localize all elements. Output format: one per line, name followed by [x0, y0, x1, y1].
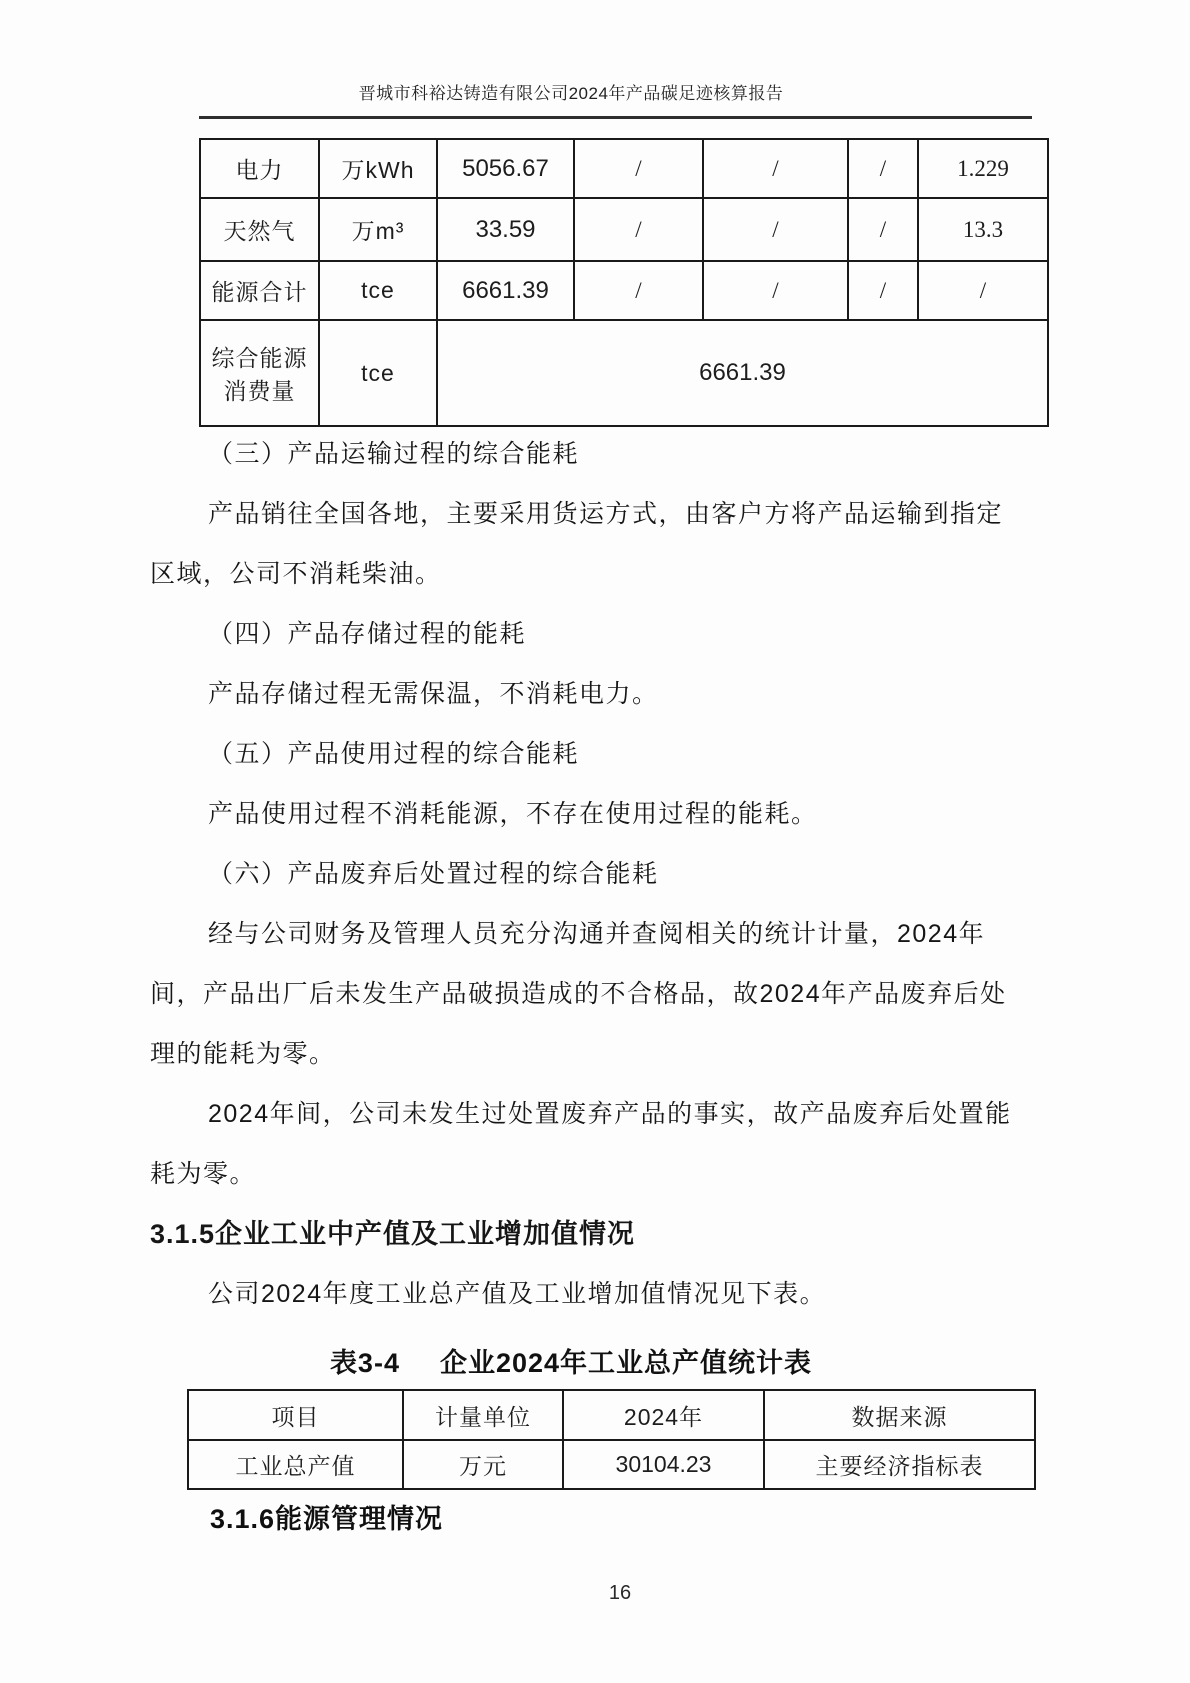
header-cell-source: 数据来源 — [764, 1390, 1035, 1440]
page-header-title: 晋城市科裕达铸造有限公司2024年产品碳足迹核算报告 — [150, 80, 992, 108]
para-line: 产品存储过程无需保温，不消耗电力。 — [150, 664, 1050, 724]
cell-total-col6: / — [848, 261, 918, 320]
cell-total-unit: tce — [319, 261, 437, 320]
cell-electricity-value: 5056.67 — [437, 139, 574, 198]
output-table-header-row: 项目 计量单位 2024年 数据来源 — [188, 1390, 1035, 1440]
cell-electricity-name: 电力 — [200, 139, 319, 198]
table-3-4-caption-title: 企业2024年工业总产值统计表 — [440, 1348, 812, 1378]
section-heading-3-1-6: 3.1.6能源管理情况 — [150, 1498, 1052, 1540]
cell-output-unit: 万元 — [403, 1440, 563, 1489]
page-number: 16 — [0, 1582, 1190, 1605]
para-line: 公司2024年度工业总产值及工业增加值情况见下表。 — [150, 1264, 1050, 1324]
cell-gas-factor: 13.3 — [918, 198, 1048, 261]
table-3-4-caption: 表3-4企业2024年工业总产值统计表 — [150, 1340, 992, 1386]
output-value-table: 项目 计量单位 2024年 数据来源 工业总产值 万元 30104.23 主要经… — [187, 1389, 1036, 1490]
energy-row-comprehensive: 综合能源消费量 tce 6661.39 — [200, 320, 1048, 426]
cell-total-value: 6661.39 — [437, 261, 574, 320]
cell-gas-col4: / — [574, 198, 703, 261]
para-line: 理的能耗为零。 — [150, 1024, 1050, 1084]
output-table-data-row: 工业总产值 万元 30104.23 主要经济指标表 — [188, 1440, 1035, 1489]
cell-electricity-col5: / — [703, 139, 848, 198]
cell-comprehensive-value: 6661.39 — [437, 320, 1048, 426]
cell-gas-value: 33.59 — [437, 198, 574, 261]
energy-row-total: 能源合计 tce 6661.39 / / / / — [200, 261, 1048, 320]
para-line: 间，产品出厂后未发生产品破损造成的不合格品，故2024年产品废弃后处 — [150, 964, 1050, 1024]
para-heading-5: （五）产品使用过程的综合能耗 — [150, 724, 1050, 784]
cell-electricity-col4: / — [574, 139, 703, 198]
para-heading-4: （四）产品存储过程的能耗 — [150, 604, 1050, 664]
cell-total-col4: / — [574, 261, 703, 320]
para-line: 产品销往全国各地，主要采用货运方式，由客户方将产品运输到指定 — [150, 484, 1050, 544]
cell-comprehensive-name: 综合能源消费量 — [200, 320, 319, 426]
para-line: 耗为零。 — [150, 1144, 1050, 1204]
cell-output-source: 主要经济指标表 — [764, 1440, 1035, 1489]
energy-row-natural-gas: 天然气 万m³ 33.59 / / / 13.3 — [200, 198, 1048, 261]
cell-output-name: 工业总产值 — [188, 1440, 403, 1489]
cell-total-col7: / — [918, 261, 1048, 320]
cell-total-col5: / — [703, 261, 848, 320]
section-heading-3-1-5: 3.1.5企业工业中产值及工业增加值情况 — [150, 1204, 1050, 1264]
cell-electricity-factor: 1.229 — [918, 139, 1048, 198]
header-rule — [199, 116, 1032, 119]
para-line: 产品使用过程不消耗能源，不存在使用过程的能耗。 — [150, 784, 1050, 844]
cell-comprehensive-unit: tce — [319, 320, 437, 426]
energy-row-electricity: 电力 万kWh 5056.67 / / / 1.229 — [200, 139, 1048, 198]
cell-gas-unit: 万m³ — [319, 198, 437, 261]
cell-gas-name: 天然气 — [200, 198, 319, 261]
para-line: 经与公司财务及管理人员充分沟通并查阅相关的统计计量，2024年 — [150, 904, 1050, 964]
para-line: 区域，公司不消耗柴油。 — [150, 544, 1050, 604]
cell-electricity-unit: 万kWh — [319, 139, 437, 198]
table-3-4-caption-label: 表3-4 — [330, 1348, 400, 1378]
cell-total-name: 能源合计 — [200, 261, 319, 320]
header-cell-year: 2024年 — [563, 1390, 764, 1440]
cell-gas-col5: / — [703, 198, 848, 261]
cell-electricity-col6: / — [848, 139, 918, 198]
para-line: 2024年间，公司未发生过处置废弃产品的事实，故产品废弃后处置能 — [150, 1084, 1050, 1144]
energy-consumption-table: 电力 万kWh 5056.67 / / / 1.229 天然气 万m³ 33.5… — [199, 138, 1049, 427]
header-cell-item: 项目 — [188, 1390, 403, 1440]
cell-output-value: 30104.23 — [563, 1440, 764, 1489]
para-heading-6: （六）产品废弃后处置过程的综合能耗 — [150, 844, 1050, 904]
para-heading-3: （三）产品运输过程的综合能耗 — [150, 424, 1050, 484]
cell-gas-col6: / — [848, 198, 918, 261]
body-text: （三）产品运输过程的综合能耗 产品销往全国各地，主要采用货运方式，由客户方将产品… — [150, 424, 1050, 1324]
header-cell-unit: 计量单位 — [403, 1390, 563, 1440]
report-page: 晋城市科裕达铸造有限公司2024年产品碳足迹核算报告 电力 万kWh 5056.… — [0, 0, 1190, 1683]
